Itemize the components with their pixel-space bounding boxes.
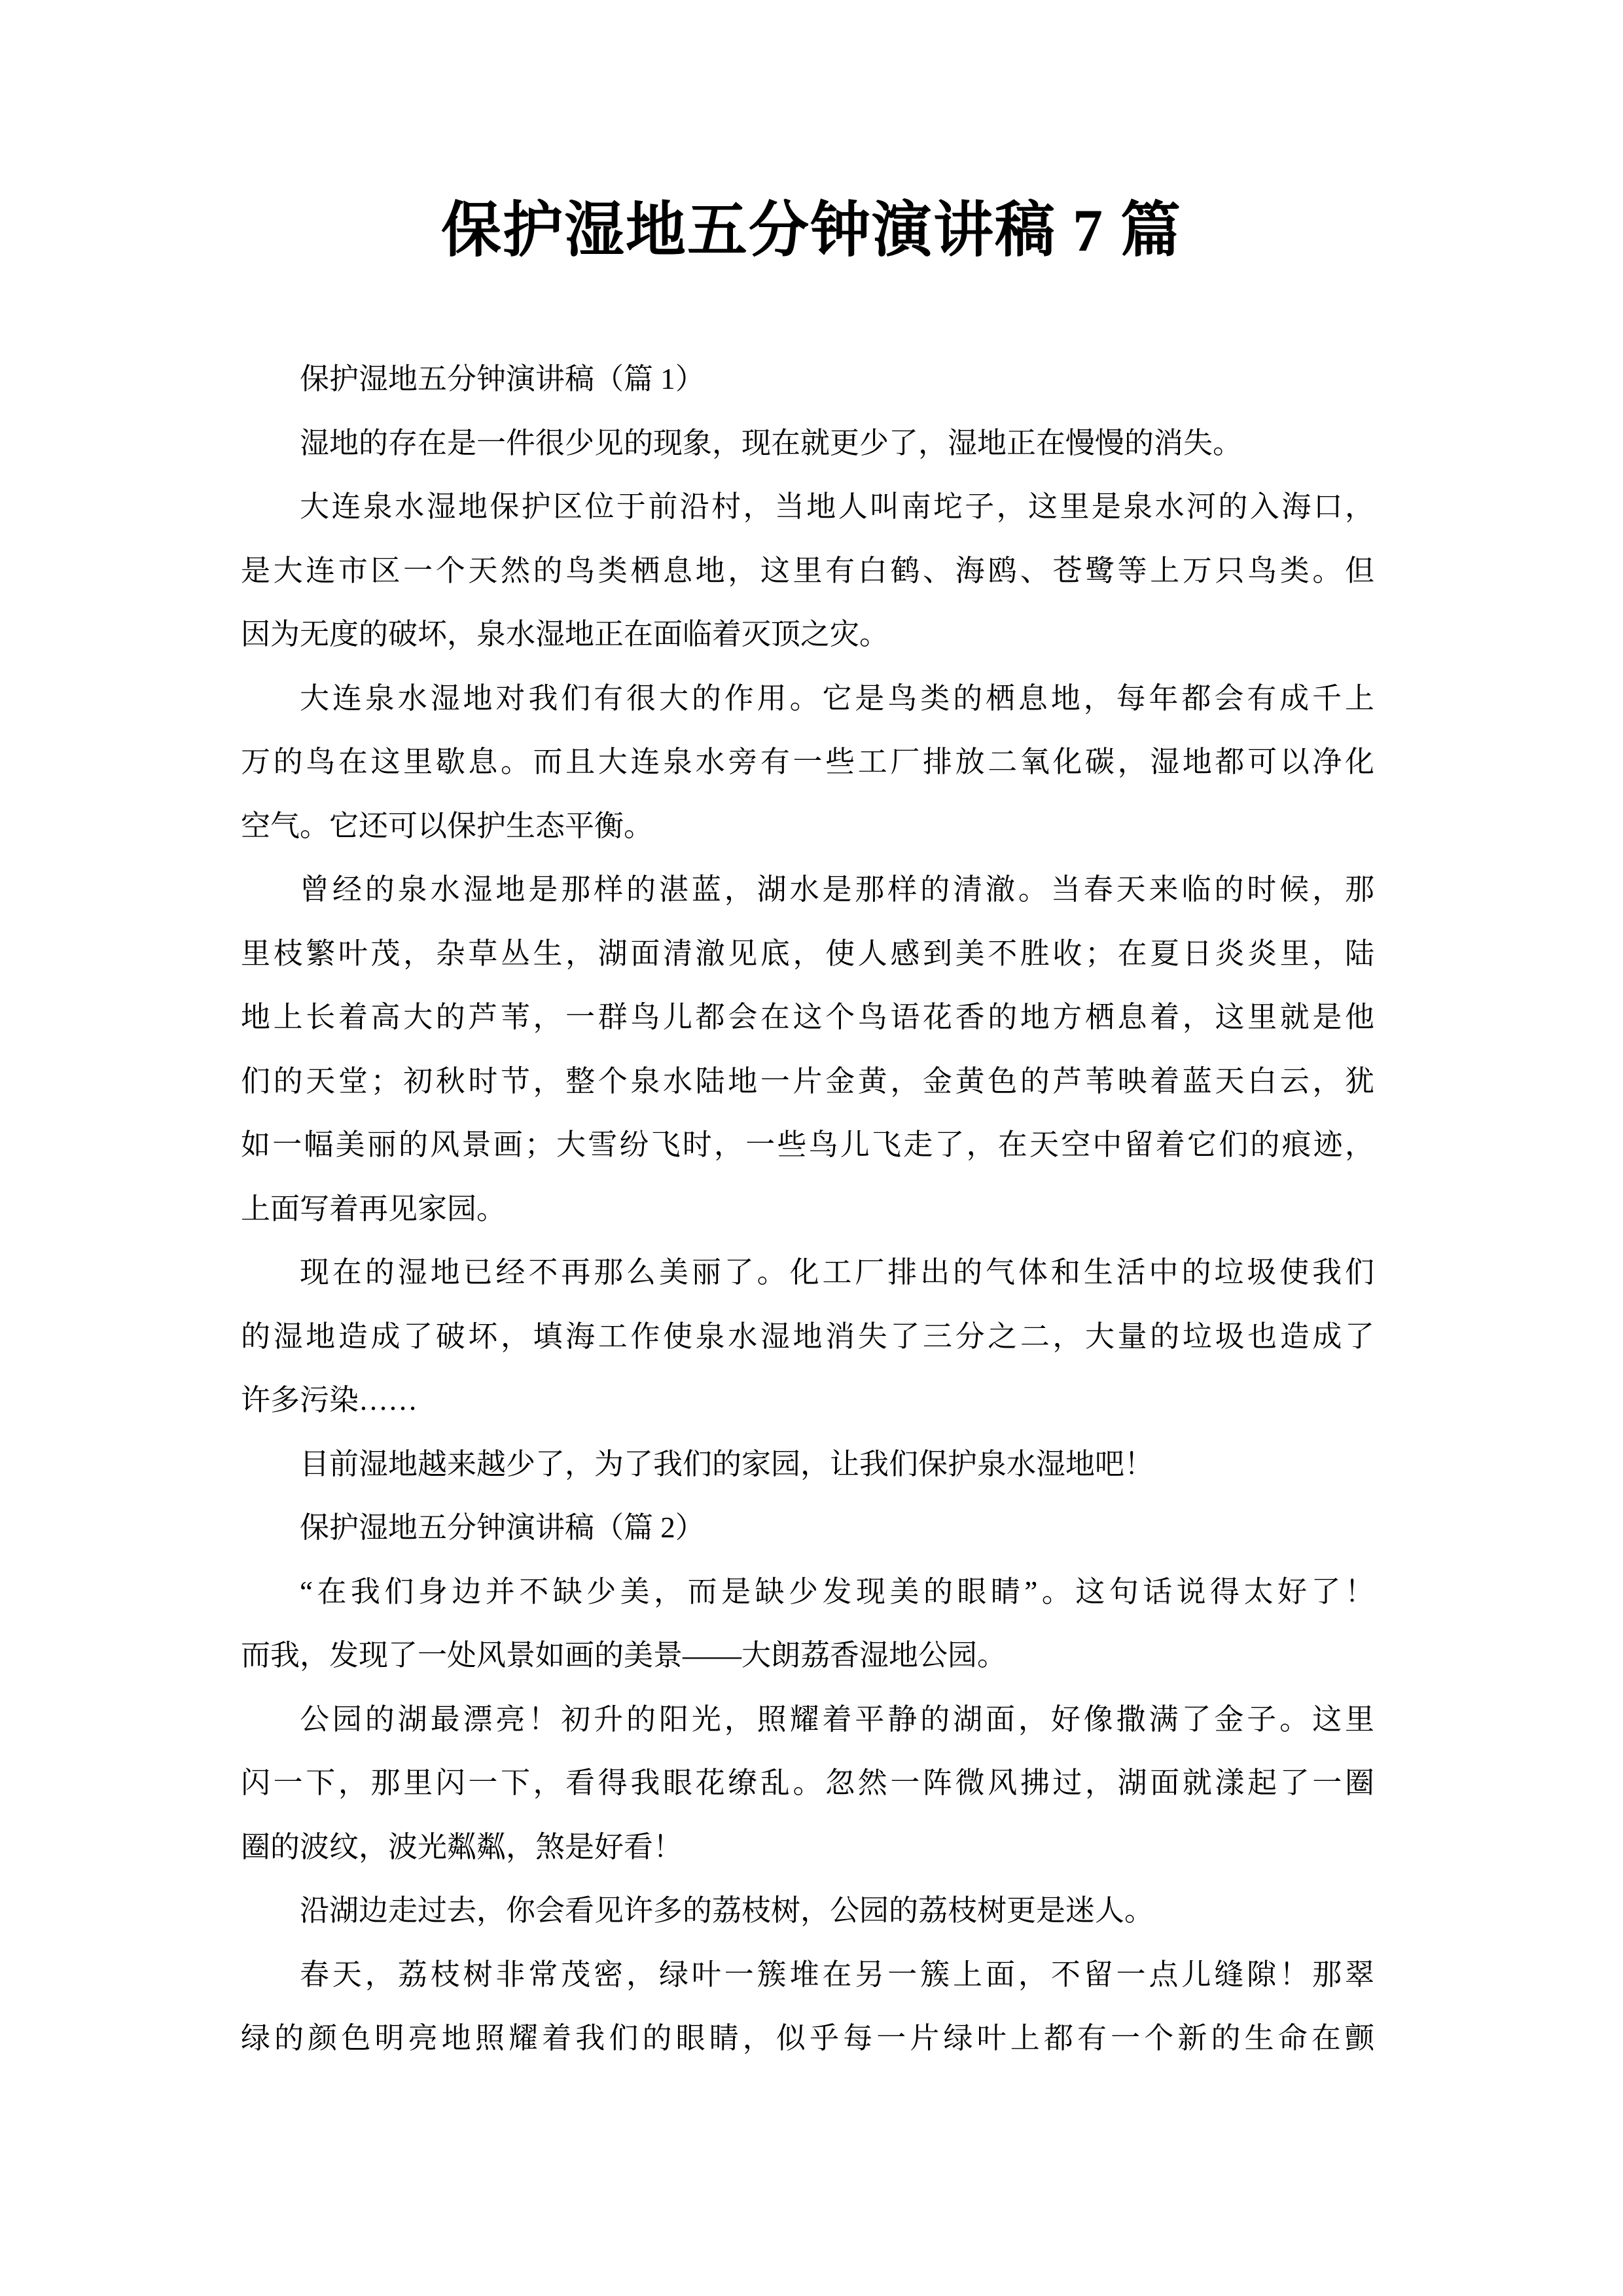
text-line: 保护湿地五分钟演讲稿（篇 2） xyxy=(241,1496,1374,1560)
document-title: 保护湿地五分钟演讲稿 7 篇 xyxy=(0,196,1623,266)
document-body: 保护湿地五分钟演讲稿（篇 1）湿地的存在是一件很少见的现象，现在就更少了，湿地正… xyxy=(241,348,1374,2071)
text-line: 因为无度的破坏，泉水湿地正在面临着灭顶之灾。 xyxy=(241,603,1374,667)
text-line: 的湿地造成了破坏，填海工作使泉水湿地消失了三分之二，大量的垃圾也造成了 xyxy=(241,1305,1374,1369)
text-line: 万的鸟在这里歇息。而且大连泉水旁有一些工厂排放二氧化碳，湿地都可以净化 xyxy=(241,730,1374,795)
text-line: 绿的颜色明亮地照耀着我们的眼睛，似乎每一片绿叶上都有一个新的生命在颤 xyxy=(241,2007,1374,2071)
text-line: 目前湿地越来越少了，为了我们的家园，让我们保护泉水湿地吧！ xyxy=(241,1433,1374,1497)
text-line: 上面写着再见家园。 xyxy=(241,1177,1374,1242)
text-line: 如一幅美丽的风景画；大雪纷飞时，一些鸟儿飞走了，在天空中留着它们的痕迹， xyxy=(241,1113,1374,1177)
text-line: 现在的湿地已经不再那么美丽了。化工厂排出的气体和生活中的垃圾使我们 xyxy=(241,1241,1374,1305)
text-line: 而我，发现了一处风景如画的美景——大朗荔香湿地公园。 xyxy=(241,1624,1374,1688)
text-line: 是大连市区一个天然的鸟类栖息地，这里有白鹤、海鸥、苍鹭等上万只鸟类。但 xyxy=(241,539,1374,603)
text-line: 春天，荔枝树非常茂密，绿叶一簇堆在另一簇上面，不留一点儿缝隙！那翠 xyxy=(241,1943,1374,2007)
text-line: 公园的湖最漂亮！初升的阳光，照耀着平静的湖面，好像撒满了金子。这里 xyxy=(241,1688,1374,1752)
text-line: 们的天堂；初秋时节，整个泉水陆地一片金黄，金黄色的芦苇映着蓝天白云，犹 xyxy=(241,1050,1374,1114)
text-line: 湿地的存在是一件很少见的现象，现在就更少了，湿地正在慢慢的消失。 xyxy=(241,412,1374,476)
text-line: 闪一下，那里闪一下，看得我眼花缭乱。忽然一阵微风拂过，湖面就漾起了一圈 xyxy=(241,1751,1374,1816)
text-line: 地上长着高大的芦苇，一群鸟儿都会在这个鸟语花香的地方栖息着，这里就是他 xyxy=(241,986,1374,1050)
text-line: 圈的波纹，波光粼粼，煞是好看！ xyxy=(241,1816,1374,1880)
text-line: 里枝繁叶茂，杂草丛生，湖面清澈见底，使人感到美不胜收；在夏日炎炎里，陆 xyxy=(241,922,1374,986)
text-line: 空气。它还可以保护生态平衡。 xyxy=(241,795,1374,859)
text-line: 大连泉水湿地对我们有很大的作用。它是鸟类的栖息地，每年都会有成千上 xyxy=(241,667,1374,731)
text-line: “在我们身边并不缺少美，而是缺少发现美的眼睛”。这句话说得太好了！ xyxy=(241,1560,1374,1624)
text-line: 保护湿地五分钟演讲稿（篇 1） xyxy=(241,348,1374,412)
text-line: 沿湖边走过去，你会看见许多的荔枝树，公园的荔枝树更是迷人。 xyxy=(241,1879,1374,1943)
document-page: 保护湿地五分钟演讲稿 7 篇 保护湿地五分钟演讲稿（篇 1）湿地的存在是一件很少… xyxy=(0,0,1623,2296)
text-line: 大连泉水湿地保护区位于前沿村，当地人叫南坨子，这里是泉水河的入海口， xyxy=(241,475,1374,539)
text-line: 曾经的泉水湿地是那样的湛蓝，湖水是那样的清澈。当春天来临的时候，那 xyxy=(241,858,1374,922)
text-line: 许多污染…… xyxy=(241,1369,1374,1433)
